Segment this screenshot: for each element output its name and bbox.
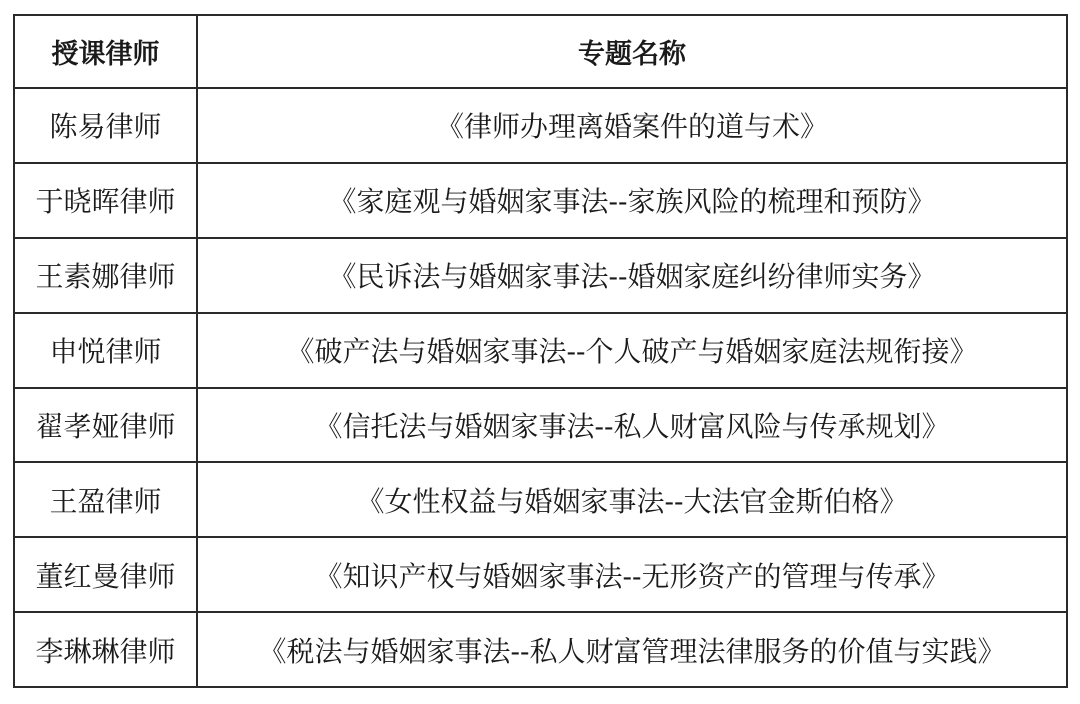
table-row: 李琳琳律师 《税法与婚姻家事法--私人财富管理法律服务的价值与实践》 bbox=[14, 612, 1067, 687]
table-row: 申悦律师 《破产法与婚姻家事法--个人破产与婚姻家庭法规衔接》 bbox=[14, 313, 1067, 388]
table-row: 董红曼律师 《知识产权与婚姻家事法--无形资产的管理与传承》 bbox=[14, 537, 1067, 612]
lawyer-cell: 于晓晖律师 bbox=[14, 163, 197, 238]
table-row: 陈易律师 《律师办理离婚案件的道与术》 bbox=[14, 88, 1067, 163]
topic-cell: 《律师办理离婚案件的道与术》 bbox=[197, 88, 1067, 163]
header-lawyer: 授课律师 bbox=[14, 15, 197, 88]
topic-cell: 《信托法与婚姻家事法--私人财富风险与传承规划》 bbox=[197, 388, 1067, 463]
lawyer-cell: 李琳琳律师 bbox=[14, 612, 197, 687]
lawyer-cell: 王盈律师 bbox=[14, 462, 197, 537]
topic-cell: 《破产法与婚姻家事法--个人破产与婚姻家庭法规衔接》 bbox=[197, 313, 1067, 388]
table-row: 于晓晖律师 《家庭观与婚姻家事法--家族风险的梳理和预防》 bbox=[14, 163, 1067, 238]
lawyer-cell: 翟孝娅律师 bbox=[14, 388, 197, 463]
table-row: 王盈律师 《女性权益与婚姻家事法--大法官金斯伯格》 bbox=[14, 462, 1067, 537]
table-row: 王素娜律师 《民诉法与婚姻家事法--婚姻家庭纠纷律师实务》 bbox=[14, 238, 1067, 313]
topic-cell: 《税法与婚姻家事法--私人财富管理法律服务的价值与实践》 bbox=[197, 612, 1067, 687]
lawyer-cell: 董红曼律师 bbox=[14, 537, 197, 612]
course-schedule-table: 授课律师 专题名称 陈易律师 《律师办理离婚案件的道与术》 于晓晖律师 《家庭观… bbox=[13, 14, 1068, 688]
topic-cell: 《知识产权与婚姻家事法--无形资产的管理与传承》 bbox=[197, 537, 1067, 612]
table-body: 陈易律师 《律师办理离婚案件的道与术》 于晓晖律师 《家庭观与婚姻家事法--家族… bbox=[14, 88, 1067, 687]
topic-cell: 《民诉法与婚姻家事法--婚姻家庭纠纷律师实务》 bbox=[197, 238, 1067, 313]
lawyer-cell: 申悦律师 bbox=[14, 313, 197, 388]
topic-cell: 《女性权益与婚姻家事法--大法官金斯伯格》 bbox=[197, 462, 1067, 537]
header-row: 授课律师 专题名称 bbox=[14, 15, 1067, 88]
table-row: 翟孝娅律师 《信托法与婚姻家事法--私人财富风险与传承规划》 bbox=[14, 388, 1067, 463]
header-topic: 专题名称 bbox=[197, 15, 1067, 88]
table-header: 授课律师 专题名称 bbox=[14, 15, 1067, 88]
lawyer-cell: 陈易律师 bbox=[14, 88, 197, 163]
topic-cell: 《家庭观与婚姻家事法--家族风险的梳理和预防》 bbox=[197, 163, 1067, 238]
lawyer-cell: 王素娜律师 bbox=[14, 238, 197, 313]
